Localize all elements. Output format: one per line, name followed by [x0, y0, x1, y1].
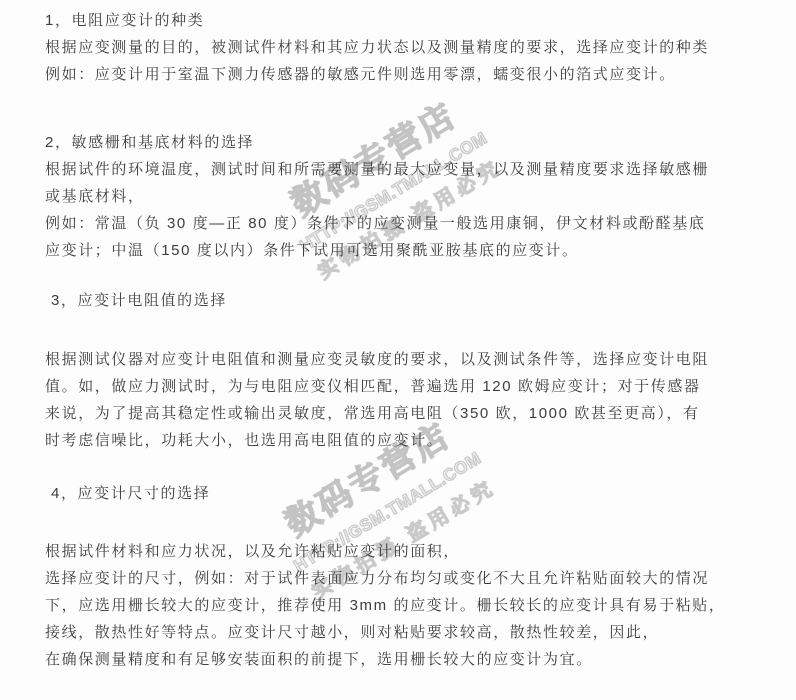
paragraph-line: 接线，散热性好等特点。应变计尺寸越小，则对粘贴要求较高，散热性较差，因此，: [45, 619, 748, 646]
paragraph-line: 在确保测量精度和有足够安装面积的前提下，选用栅长较大的应变计为宜。: [45, 646, 748, 673]
paragraph-line: 例如：应变计用于室温下测力传感器的敏感元件则选用零漂，蠕变很小的箔式应变计。: [45, 61, 748, 88]
paragraph-line: 选择应变计的尺寸，例如：对于试件表面应力分布均匀或变化不大且允许粘贴面较大的情况: [45, 565, 748, 592]
paragraph-line: 或基底材料，: [45, 183, 748, 210]
section-4-heading: 4，应变计尺寸的选择: [45, 481, 748, 507]
document-content: 1，电阻应变计的种类 根据应变测量的目的，被测试件材料和其应力状态以及测量精度的…: [0, 0, 796, 673]
paragraph-line: 例如：常温（负 30 度—正 80 度）条件下的应变测量一般选用康铜，伊文材料或…: [45, 210, 748, 237]
paragraph-line: 下，应选用栅长较大的应变计，推荐使用 3mm 的应变计。栅长较长的应变计具有易于…: [45, 592, 748, 619]
document-page: 数码专营店 HTTP://GSM.TMALL.COM 实物拍摄 盗用必究 数码专…: [0, 0, 796, 700]
paragraph-line: 来说，为了提高其稳定性或输出灵敏度，常选用高电阻（350 欧，1000 欧甚至更…: [45, 400, 748, 427]
paragraph-line: 时考虑信噪比，功耗大小，也选用高电阻值的应变计。: [45, 427, 748, 454]
section-3-heading: 3，应变计电阻值的选择: [45, 288, 748, 314]
paragraph-line: 根据试件材料和应力状况，以及允许粘贴应变计的面积，: [45, 538, 748, 565]
section-2-heading: 2，敏感栅和基底材料的选择: [45, 130, 748, 156]
section-1-heading: 1，电阻应变计的种类: [45, 8, 748, 34]
paragraph-line: 根据试件的环境温度，测试时间和所需要测量的最大应变量，以及测量精度要求选择敏感栅: [45, 156, 748, 183]
paragraph-line: 根据应变测量的目的，被测试件材料和其应力状态以及测量精度的要求，选择应变计的种类: [45, 34, 748, 61]
paragraph-line: 应变计；中温（150 度以内）条件下试用可选用聚酰亚胺基底的应变计。: [45, 237, 748, 264]
paragraph-line: 根据测试仪器对应变计电阻值和测量应变灵敏度的要求，以及测试条件等，选择应变计电阻: [45, 346, 748, 373]
paragraph-line: 值。如，做应力测试时，为与电阻应变仪相匹配，普遍选用 120 欧姆应变计；对于传…: [45, 373, 748, 400]
